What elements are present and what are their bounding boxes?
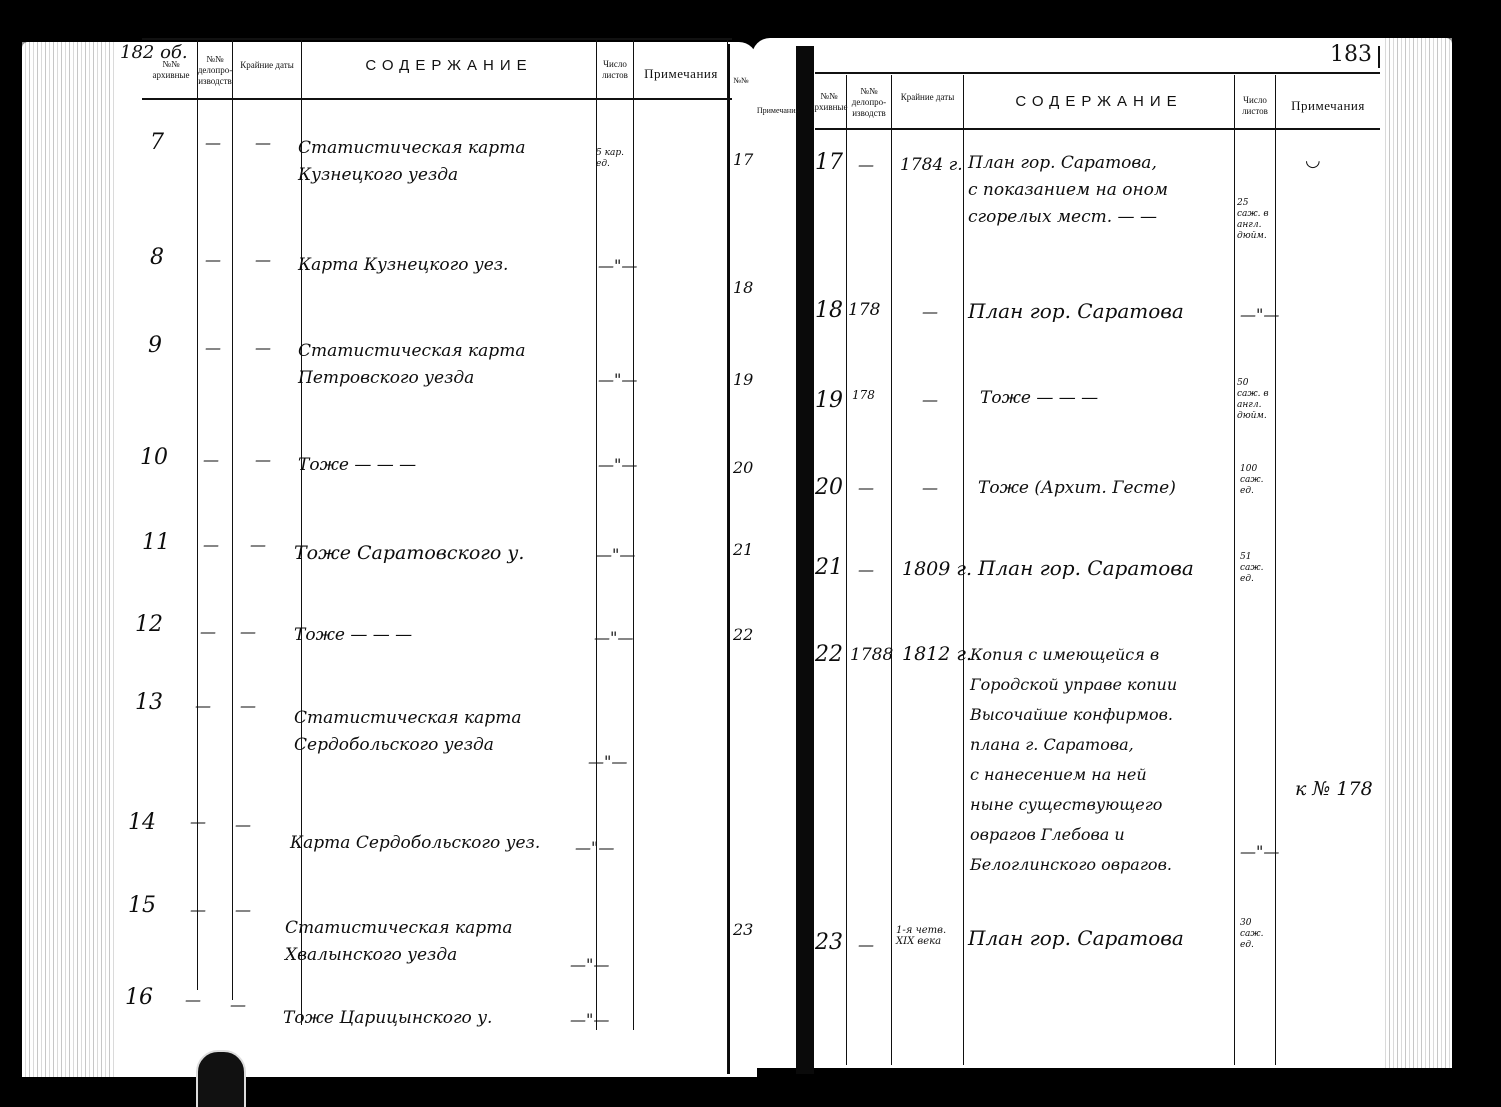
right-col-divider-5 [1275,75,1276,1065]
content-text: Статистическая карта Сердобольского уезд… [294,705,521,759]
left-header-notes: Примечания [634,58,728,88]
gutter-number: 18 [733,278,753,297]
right-header-archive-no: №№ архивные [812,80,846,124]
left-col-divider-6 [727,40,728,1070]
archive-number: 15 [128,893,156,918]
office-number: — [205,133,221,152]
archive-number: 21 [815,555,843,580]
archive-number: 11 [142,530,170,555]
left-gutter-header: №№ [730,70,752,90]
archive-number: 8 [150,245,164,270]
right-header-office-no: №№ делопро- изводств [847,78,891,126]
office-number: — [858,935,874,954]
office-number: — [203,535,219,554]
date-range: 1809 г. [902,558,972,580]
office-number: — [205,338,221,357]
date-range: — [922,390,938,409]
archive-number: 20 [815,475,843,500]
content-text: Копия с имеющейся в Городской управе коп… [970,640,1177,880]
office-number: 178 [852,388,875,402]
left-header-top-rule [142,38,732,40]
content-text: Тоже — — — [298,452,416,479]
left-page-edge [22,42,117,1077]
date-range: 1784 г. [900,155,963,175]
left-col-divider-2 [232,40,233,1000]
content-text: Тоже Царицынского у. [283,1005,492,1032]
note-reference: к № 178 [1295,778,1373,800]
right-header-sheets: Число листов [1235,88,1275,124]
office-number: 1788 [850,645,893,665]
right-page-number: 183 [1330,42,1372,67]
date-range: — [235,815,251,834]
content-text: Тоже — — — [294,622,412,649]
office-number: — [858,155,874,174]
office-number: — [203,450,219,469]
date-range: — [235,900,251,919]
sheet-count: —"— [596,545,635,564]
office-number: — [185,990,201,1009]
archive-number: 23 [815,930,843,955]
left-col-divider-5 [633,40,634,1030]
note-mark: ◡ [1305,150,1321,171]
content-text: Тоже — — — [980,385,1098,412]
sheet-count: —"— [575,838,614,857]
left-header-office-no: №№ делопро- изводств [198,45,232,95]
archive-number: 19 [815,388,843,413]
left-header-dates: Крайние даты [233,45,301,85]
right-col-divider-1 [846,75,847,1065]
thumb-holding-page [196,1050,246,1107]
sheet-count: 51 саж. ед. [1240,552,1274,585]
content-text: Тоже Саратовского у. [294,540,524,567]
left-header-sheets: Число листов [597,50,633,90]
content-text: Статистическая карта Петровского уезда [298,338,525,392]
sheet-count: 5 кар. ед. [596,148,630,170]
date-range: — [922,478,938,497]
sheet-count: —"— [1240,305,1279,324]
page-number-mark [1378,46,1380,68]
right-header-dates: Крайние даты [892,82,963,112]
date-range: — [240,622,256,641]
office-number: — [858,560,874,579]
date-range: — [240,696,256,715]
office-number: 178 [848,300,880,320]
sheet-count: —"— [598,370,637,389]
office-number: — [205,250,221,269]
date-range: 1-я четв. XIX века [896,925,962,947]
gutter-number: 20 [733,458,753,477]
office-number: — [195,696,211,715]
date-range: 1812 г. [902,643,972,665]
archive-number: 17 [815,150,843,175]
content-text: Статистическая карта Кузнецкого уезда [298,135,525,189]
archive-number: 13 [135,690,163,715]
archive-number: 12 [135,612,163,637]
right-page-edge [1382,38,1452,1068]
sheet-count: —"— [1240,842,1279,861]
date-range: — [250,535,266,554]
content-text: Карта Сердобольского уез. [290,830,540,857]
date-range: — [230,995,246,1014]
gutter-number: 22 [733,625,753,644]
sheet-count: —"— [598,455,637,474]
office-number: — [190,812,206,831]
archive-number: 22 [815,642,843,667]
office-number: — [200,622,216,641]
gutter-number: 21 [733,540,753,559]
sheet-count: 50 саж. в англ. дюйм. [1237,378,1273,422]
content-text: План гор. Саратова [978,555,1194,582]
office-number: — [190,900,206,919]
archive-number: 10 [140,445,168,470]
gutter-number: 23 [733,920,753,939]
date-range: — [255,450,271,469]
date-range: — [255,133,271,152]
right-header-notes: Примечания [1276,90,1380,120]
right-header-contents: СОДЕРЖАНИЕ [964,86,1234,116]
left-header-bottom-rule [142,98,732,100]
sheet-count: —"— [588,752,627,771]
sheet-count: —"— [594,628,633,647]
sheet-count: —"— [570,955,609,974]
archive-number: 14 [128,810,156,835]
content-text: Статистическая карта Хвалынского уезда [285,915,512,969]
left-header-archive-no: №№ архивные [145,45,197,95]
date-range: — [255,250,271,269]
content-text: План гор. Саратова [968,925,1184,952]
sheet-count: 25 саж. в англ. дюйм. [1237,198,1273,242]
archive-number: 16 [125,985,153,1010]
content-text: План гор. Саратова [968,298,1184,325]
sheet-count: —"— [570,1010,609,1029]
gutter-number: 17 [733,150,753,169]
book-spine [796,46,814,1074]
right-header-top-rule [815,72,1380,74]
right-header-bottom-rule [815,128,1380,130]
archive-number: 18 [815,298,843,323]
archive-number: 7 [150,130,164,155]
sheet-count: —"— [598,256,637,275]
date-range: — [255,338,271,357]
left-header-contents: СОДЕРЖАНИЕ [302,50,596,80]
content-text: Тоже (Архит. Гесте) [978,475,1176,502]
date-range: — [922,302,938,321]
right-col-divider-4 [1234,75,1235,1065]
content-text: Карта Кузнецкого уез. [298,252,508,279]
right-col-divider-2 [891,75,892,1065]
left-col-divider-4 [596,40,597,1030]
archive-number: 9 [148,333,162,358]
sheet-count: 100 саж. ед. [1240,464,1274,497]
right-gutter-header: Примечания [757,102,799,118]
gutter-number: 19 [733,370,753,389]
left-col-divider-1 [197,40,198,990]
sheet-count: 30 саж. ед. [1240,918,1274,951]
content-text: План гор. Саратова, с показанием на оном… [968,150,1168,231]
office-number: — [858,478,874,497]
